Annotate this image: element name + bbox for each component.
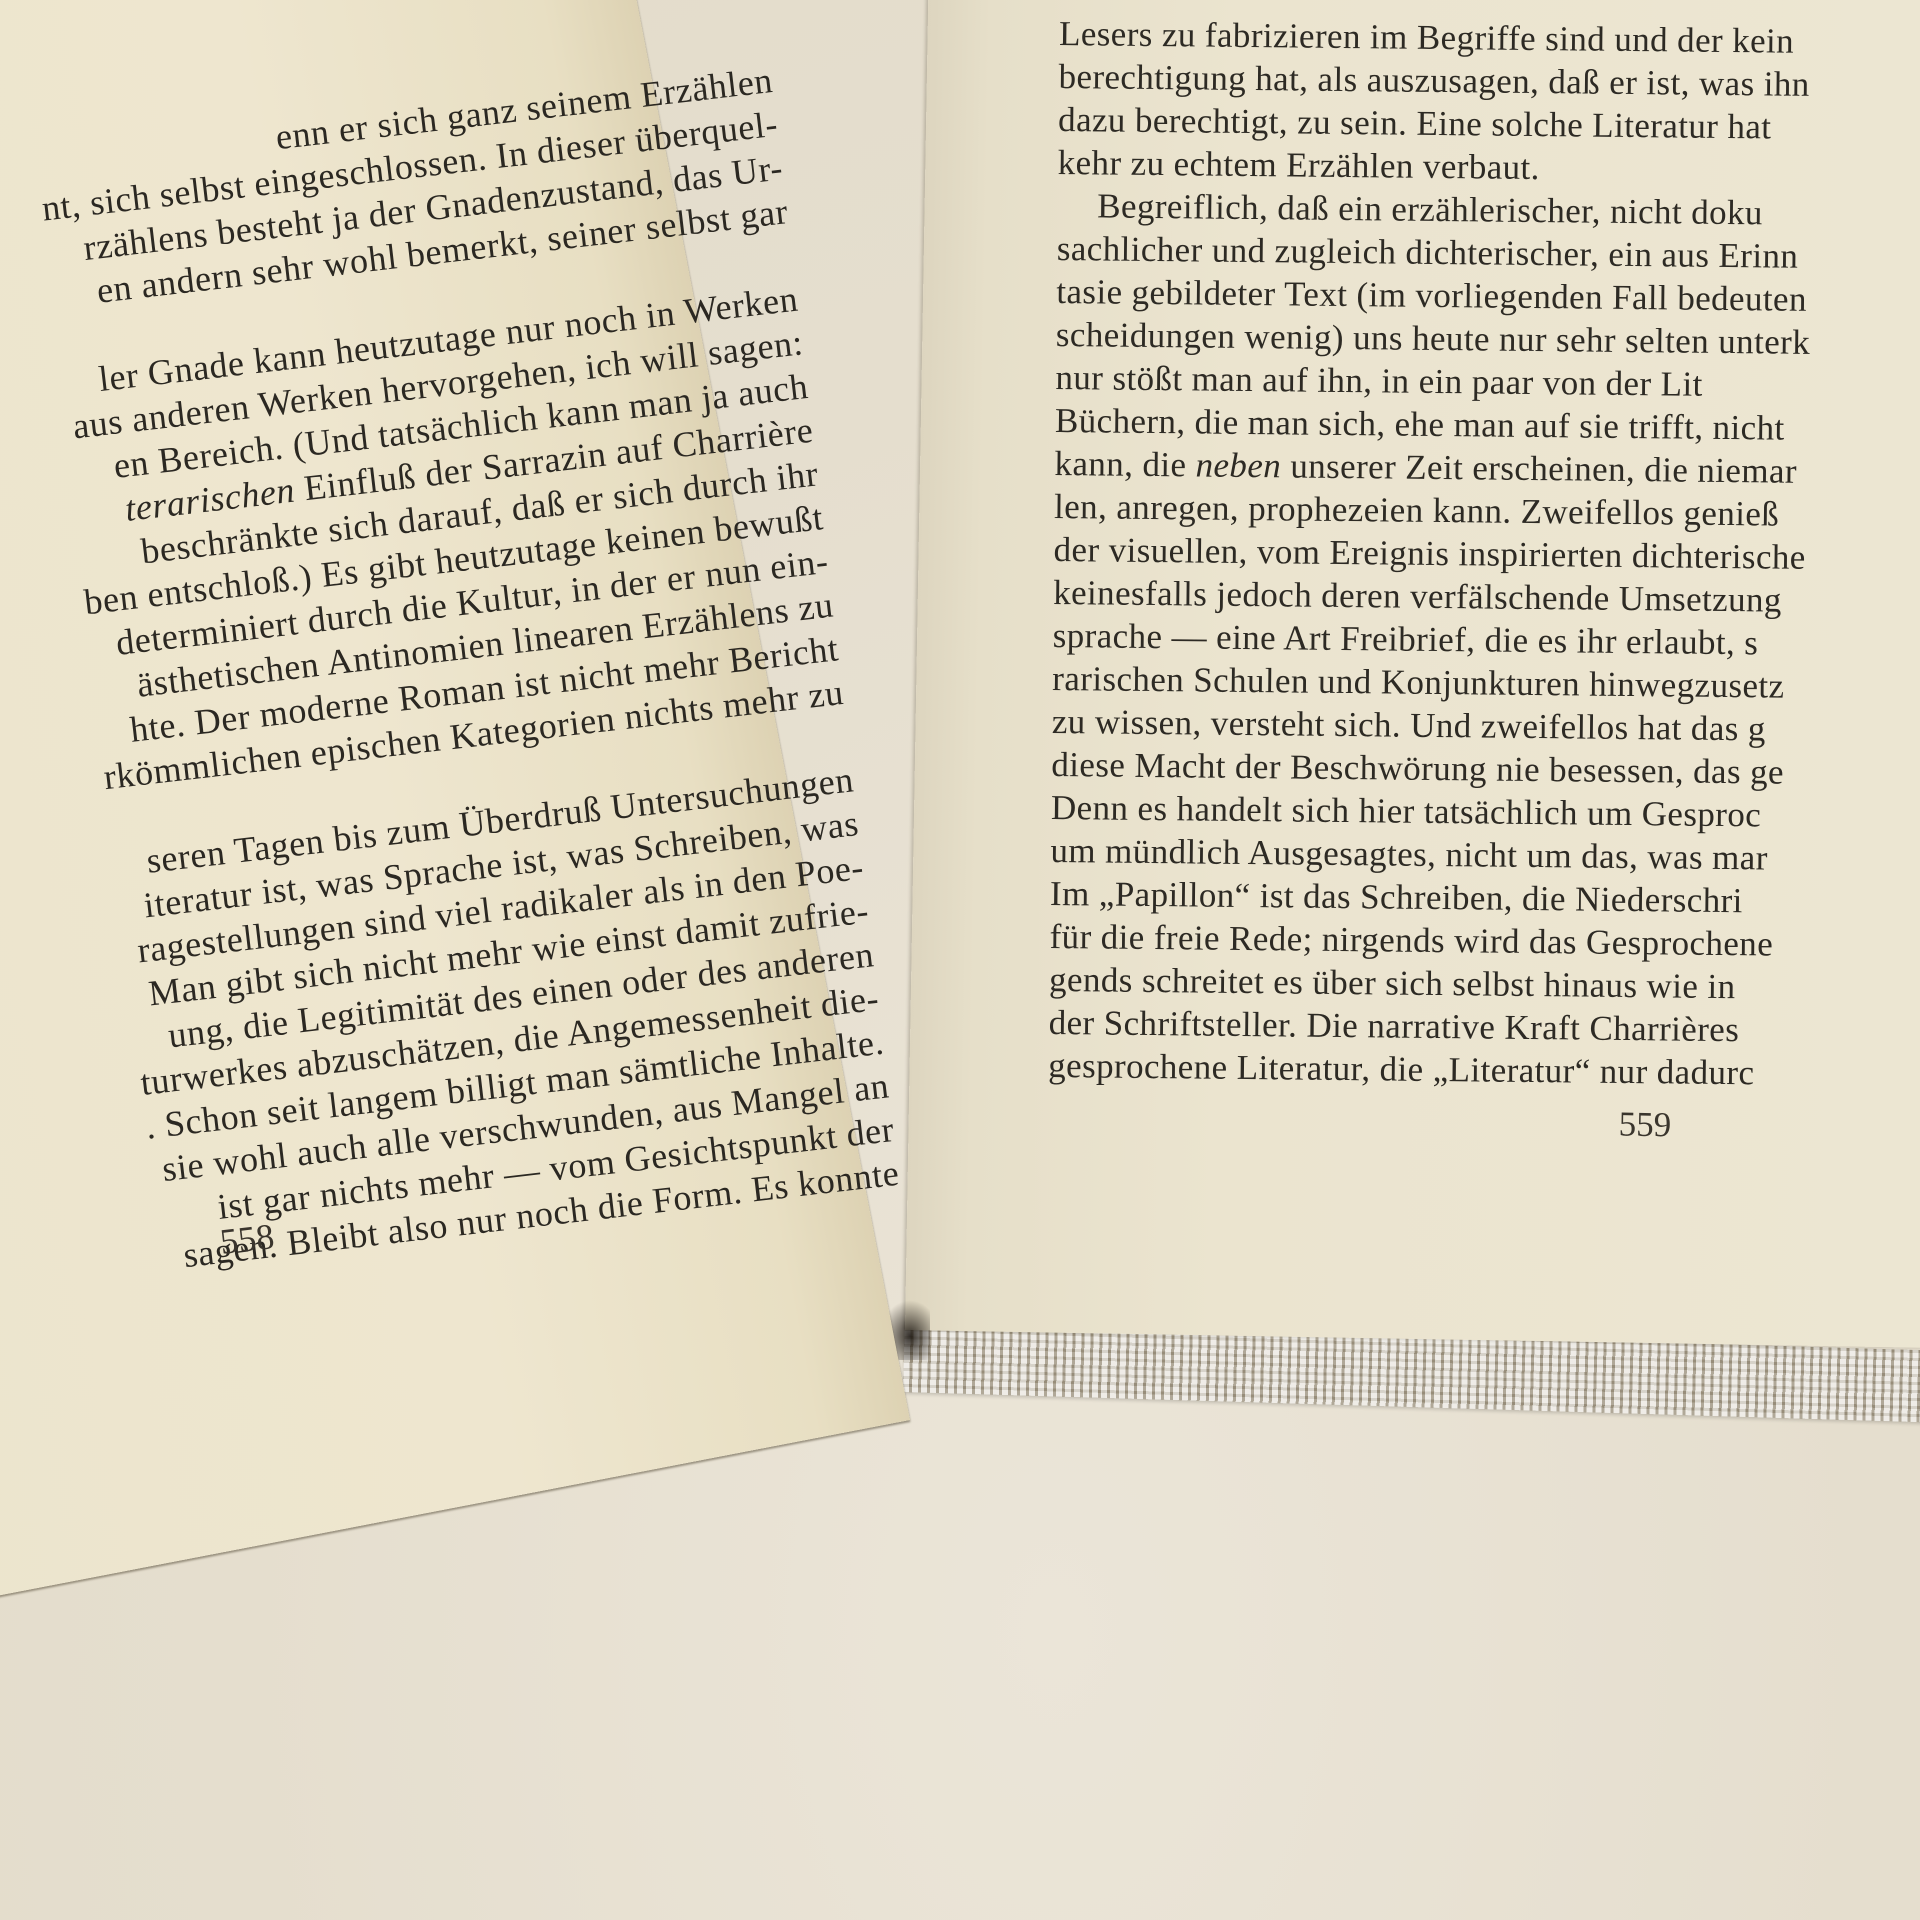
right-page: Lesers zu fabrizieren im Begriffe sind u… [905,0,1920,1348]
page-number-right: 559 [1618,1104,1671,1145]
text-fragment: kann, die [1054,444,1195,484]
right-page-text: Lesers zu fabrizieren im Begriffe sind u… [1048,12,1920,1097]
italic-word: neben [1195,445,1281,485]
text-fragment: unserer Zeit erscheinen, die niemar [1281,446,1797,490]
text-line: gesprochene Literatur, die „Literatur“ n… [1048,1044,1920,1097]
book-photo: Lesers zu fabrizieren im Begriffe sind u… [0,0,1920,1920]
